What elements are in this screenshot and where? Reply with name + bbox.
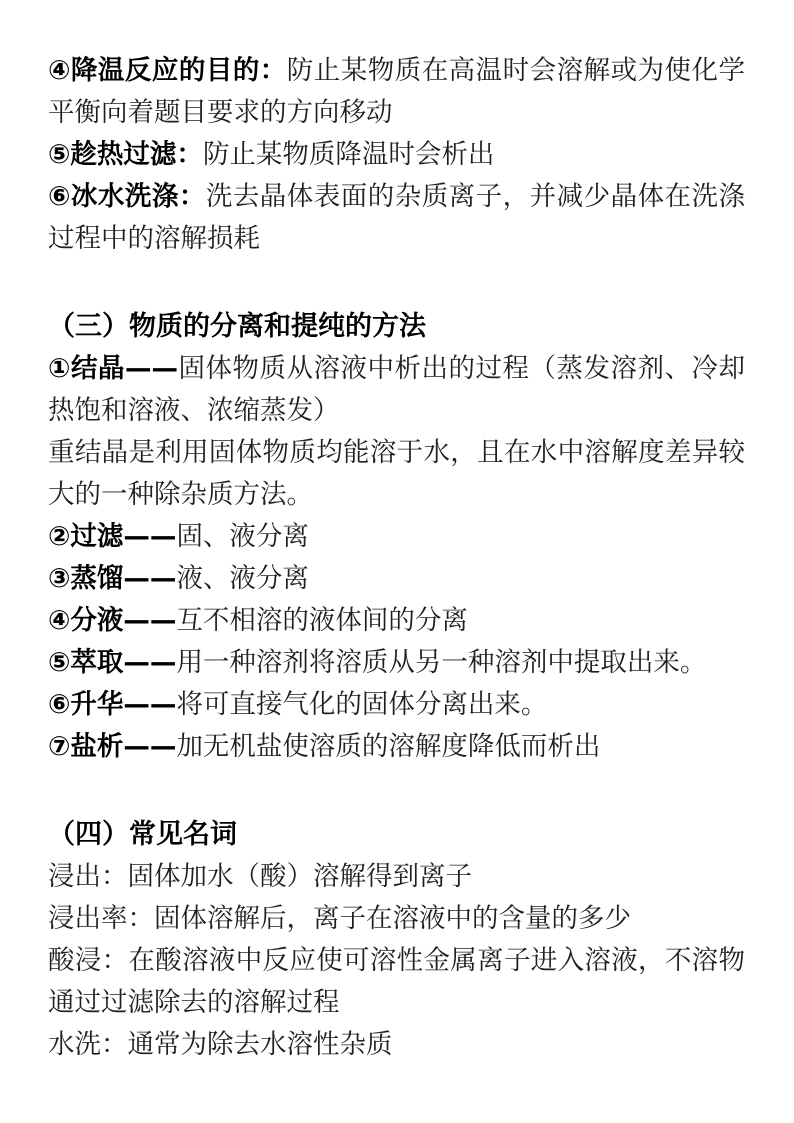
paragraph-hot-filtration: ⑤趁热过滤：防止某物质降温时会析出 (48, 134, 745, 176)
paragraph-leaching-rate: 浸出率：固体溶解后，离子在溶液中的含量的多少 (48, 898, 745, 940)
paragraph-body: 防止某物质降温时会析出 (203, 139, 495, 170)
paragraph-crystallization: ①结晶——固体物质从溶液中析出的过程（蒸发溶剂、冷却热饱和溶液、浓缩蒸发） (48, 348, 745, 432)
paragraph-filtration: ②过滤——固、液分离 (48, 516, 745, 558)
paragraph-sublimation: ⑥升华——将可直接气化的固体分离出来。 (48, 684, 745, 726)
paragraph-body: 互不相溶的液体间的分离 (176, 605, 468, 636)
paragraph-body: 浸出率：固体溶解后，离子在溶液中的含量的多少 (48, 903, 631, 934)
paragraph-extraction: ⑤萃取——用一种溶剂将溶质从另一种溶剂中提取出来。 (48, 642, 745, 684)
paragraph-body: 液、液分离 (176, 563, 309, 594)
section-heading-separation-methods: （三）物质的分离和提纯的方法 (48, 306, 745, 348)
paragraph-body: 浸出：固体加水（酸）溶解得到离子 (48, 861, 472, 892)
paragraph-body: 重结晶是利用固体物质均能溶于水，且在水中溶解度差异较大的一种除杂质方法。 (48, 437, 745, 510)
paragraph-lead: ⑦盐析—— (48, 731, 176, 762)
paragraph-ice-water-wash: ⑥冰水洗涤：洗去晶体表面的杂质离子，并减少晶体在洗涤过程中的溶解损耗 (48, 176, 745, 260)
paragraph-salting-out: ⑦盐析——加无机盐使溶质的溶解度降低而析出 (48, 726, 745, 768)
paragraph-body: 加无机盐使溶质的溶解度降低而析出 (176, 731, 600, 762)
paragraph-lead: ⑤趁热过滤： (48, 139, 203, 170)
paragraph-lead: ④降温反应的目的： (48, 55, 287, 86)
paragraph-lead: ①结晶—— (48, 353, 178, 384)
paragraph-water-wash: 水洗：通常为除去水溶性杂质 (48, 1024, 745, 1066)
paragraph-body: 固、液分离 (176, 521, 309, 552)
paragraph-lead: ③蒸馏—— (48, 563, 176, 594)
paragraph-recrystallization: 重结晶是利用固体物质均能溶于水，且在水中溶解度差异较大的一种除杂质方法。 (48, 432, 745, 516)
paragraph-body: 酸浸：在酸溶液中反应使可溶性金属离子进入溶液，不溶物通过过滤除去的溶解过程 (48, 945, 745, 1018)
paragraph-lead: ⑤萃取—— (48, 647, 176, 678)
paragraph-lead: ②过滤—— (48, 521, 176, 552)
paragraph-lead: ⑥升华—— (48, 689, 176, 720)
document-page: ④降温反应的目的：防止某物质在高温时会溶解或为使化学平衡向着题目要求的方向移动 … (0, 0, 794, 1123)
paragraph-body: 用一种溶剂将溶质从另一种溶剂中提取出来。 (176, 647, 706, 678)
section-heading-common-terms: （四）常见名词 (48, 814, 745, 856)
paragraph-acid-leaching: 酸浸：在酸溶液中反应使可溶性金属离子进入溶液，不溶物通过过滤除去的溶解过程 (48, 940, 745, 1024)
paragraph-lead: ④分液—— (48, 605, 176, 636)
paragraph-leaching: 浸出：固体加水（酸）溶解得到离子 (48, 856, 745, 898)
paragraph-cooling-purpose: ④降温反应的目的：防止某物质在高温时会溶解或为使化学平衡向着题目要求的方向移动 (48, 50, 745, 134)
paragraph-distillation: ③蒸馏——液、液分离 (48, 558, 745, 600)
paragraph-liquid-separation: ④分液——互不相溶的液体间的分离 (48, 600, 745, 642)
paragraph-lead: ⑥冰水洗涤： (48, 181, 206, 212)
paragraph-body: 将可直接气化的固体分离出来。 (176, 689, 547, 720)
paragraph-body: 水洗：通常为除去水溶性杂质 (48, 1029, 393, 1060)
